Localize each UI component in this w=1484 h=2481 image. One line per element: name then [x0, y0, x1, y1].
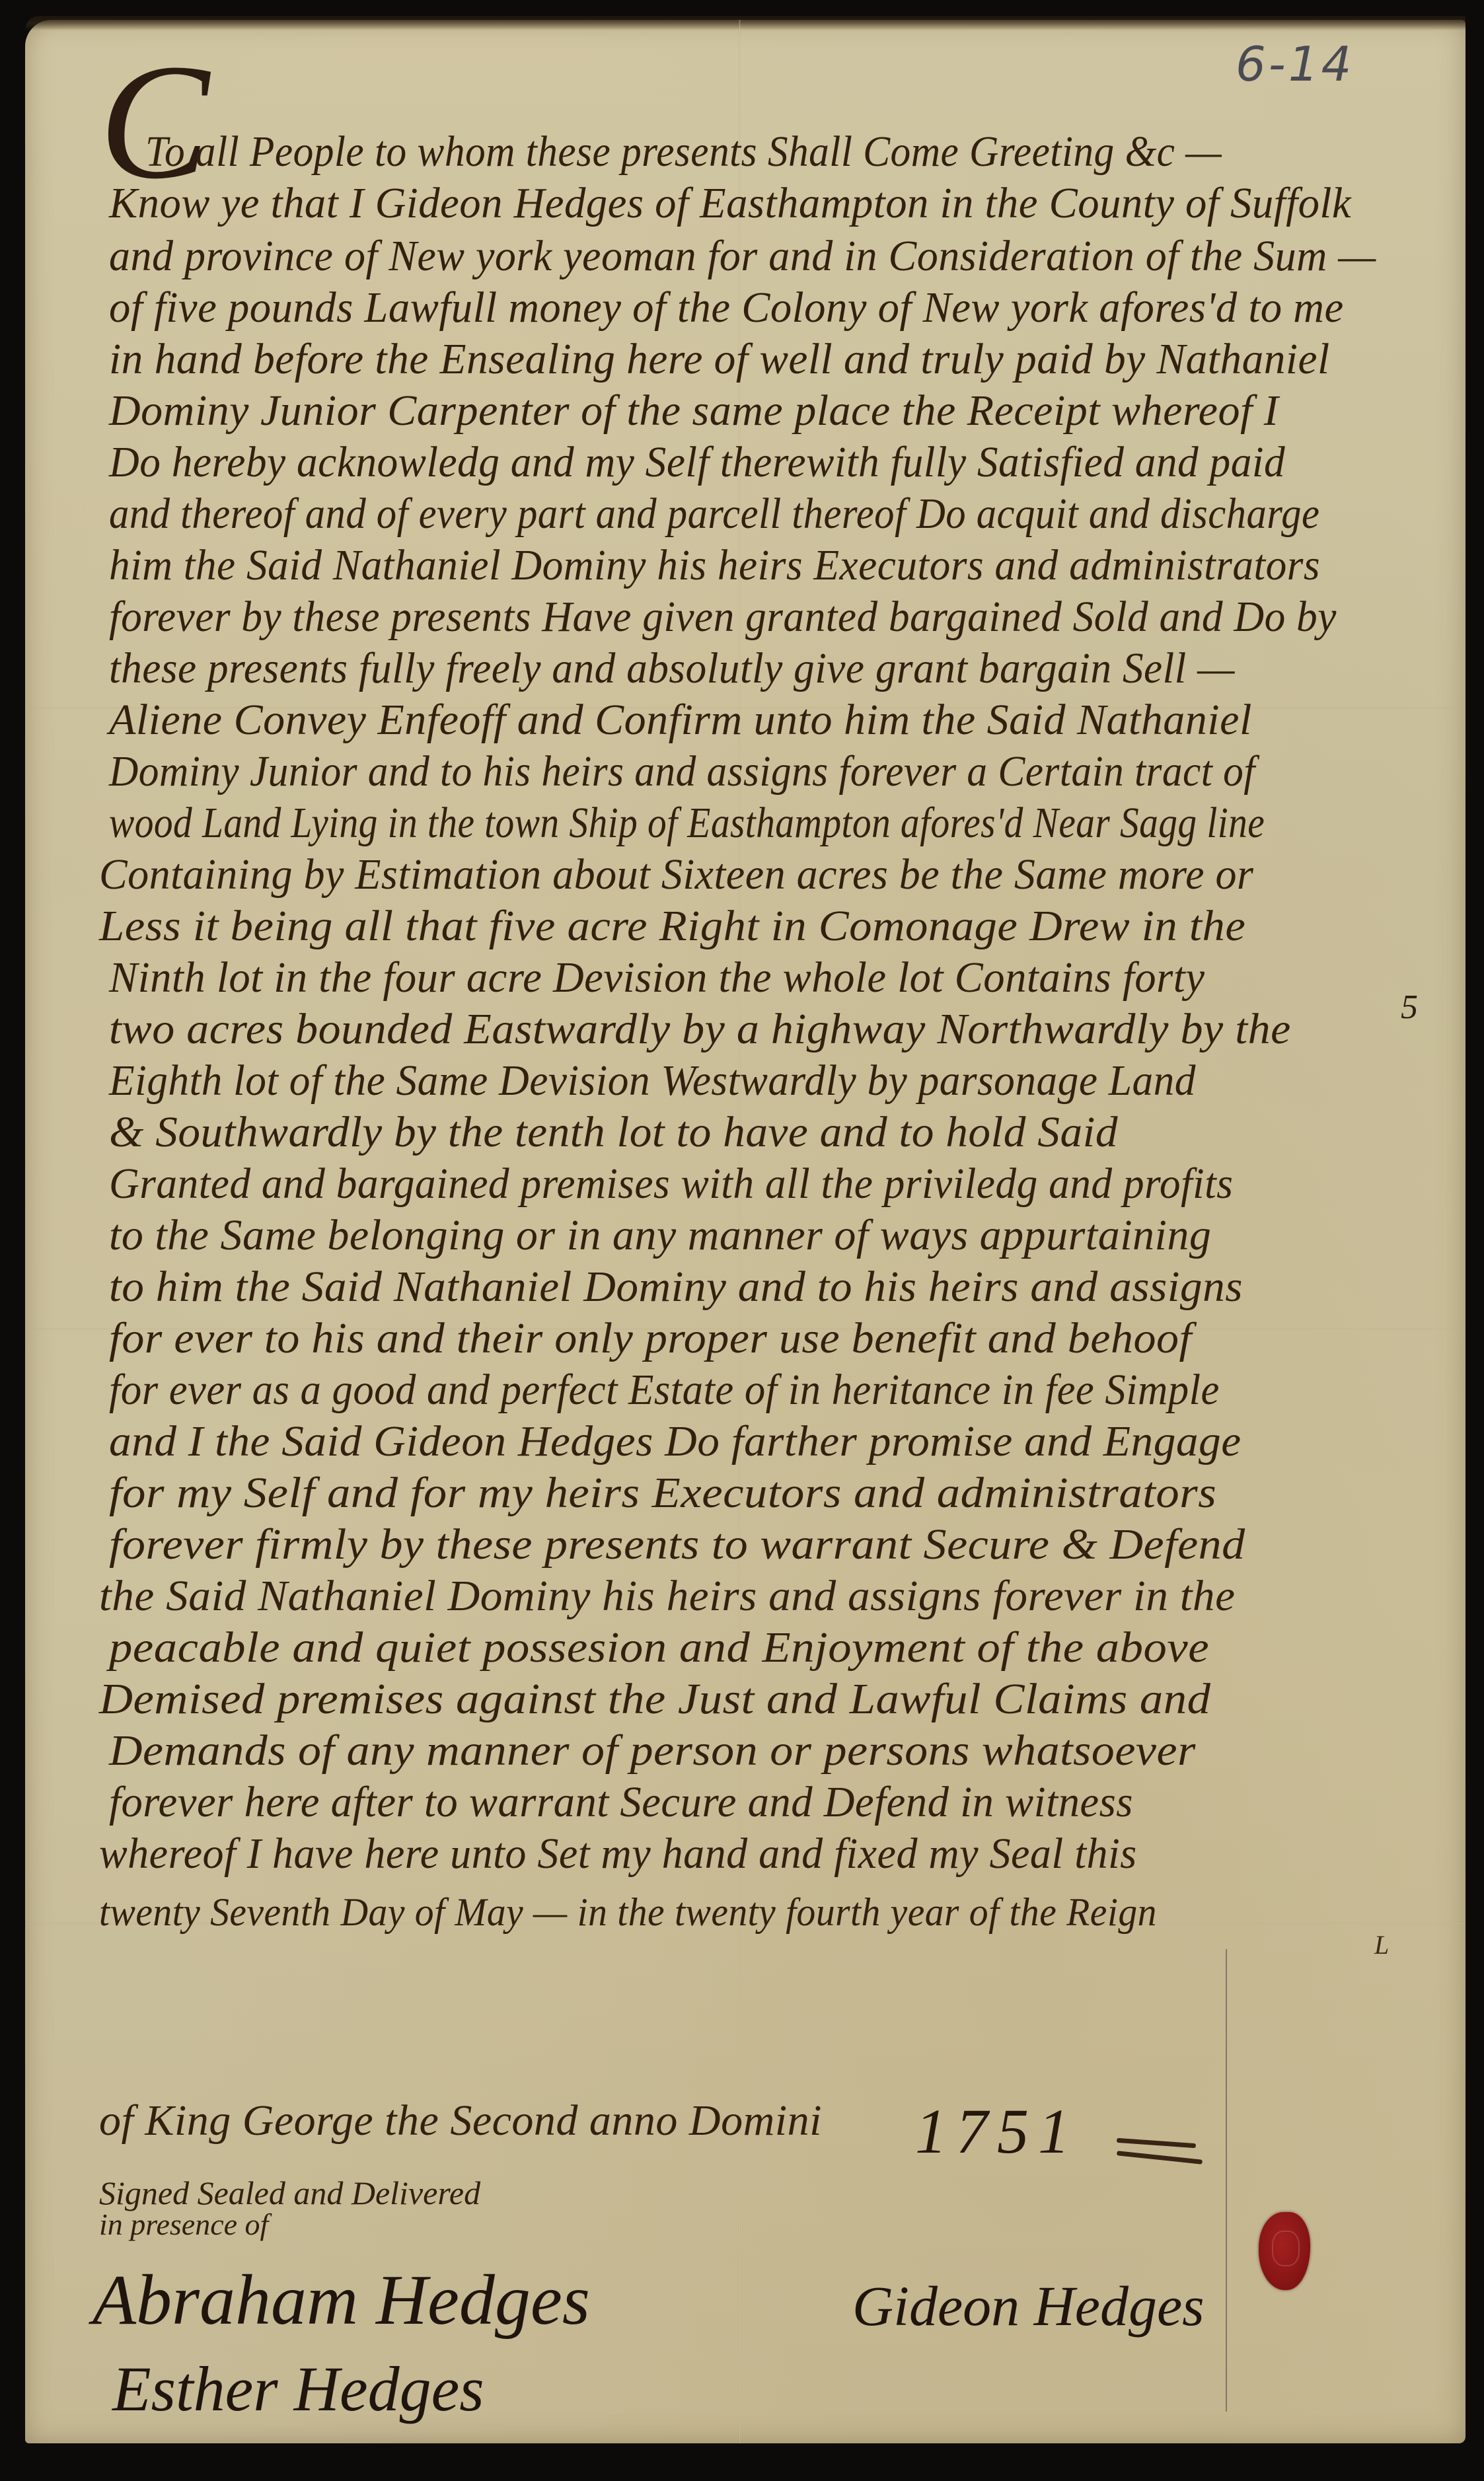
deed-line: Aliene Convey Enfeoff and Confirm unto h…	[109, 695, 1252, 745]
deed-line: Dominy Junior and to his heirs and assig…	[109, 747, 1255, 797]
deed-line: forever firmly by these presents to warr…	[109, 1520, 1245, 1570]
deed-line: to the Same belonging or in any manner o…	[109, 1210, 1211, 1261]
deed-line: whereof I have here unto Set my hand and…	[99, 1829, 1137, 1879]
red-wax-seal-icon	[1259, 2212, 1310, 2290]
attestation-in-presence-of: in presence of	[99, 2207, 268, 2242]
deed-line: twenty Seventh Day of May — in the twent…	[99, 1890, 1157, 1935]
deed-line: Know ye that I Gideon Hedges of Easthamp…	[109, 178, 1351, 229]
deed-line: two acres bounded Eastwardly by a highwa…	[109, 1004, 1291, 1055]
margin-mark-lower: L	[1374, 1929, 1389, 1960]
deed-line: the Said Nathaniel Dominy his heirs and …	[99, 1571, 1235, 1621]
deed-line: for ever as a good and perfect Estate of…	[109, 1365, 1220, 1415]
deed-line: to him the Said Nathaniel Dominy and to …	[109, 1262, 1243, 1312]
year-1751: 1751	[915, 2094, 1079, 2168]
deed-line: him the Said Nathaniel Dominy his heirs …	[109, 540, 1320, 591]
catalog-number: 6-14	[1236, 36, 1354, 92]
deed-line: for my Self and for my heirs Executors a…	[109, 1468, 1216, 1518]
deed-line: these presents fully freely and absolutl…	[109, 644, 1235, 694]
deed-line: of five pounds Lawfull money of the Colo…	[109, 283, 1344, 333]
deed-line: peacable and quiet possesion and Enjoyme…	[109, 1623, 1209, 1673]
witness-signature-abraham-hedges: Abraham Hedges	[93, 2260, 590, 2342]
grantor-signature-gideon-hedges: Gideon Hedges	[852, 2273, 1205, 2339]
deed-line: of King George the Second anno Domini	[99, 2096, 822, 2146]
deed-line: forever here after to warrant Secure and…	[109, 1777, 1133, 1828]
deed-line: Demised premises against the Just and La…	[99, 1674, 1210, 1724]
margin-mark: 5	[1401, 988, 1418, 1027]
deed-line: Containing by Estimation about Sixteen a…	[99, 850, 1253, 900]
deed-line: Ninth lot in the four acre Devision the …	[109, 953, 1205, 1003]
deed-line: and thereof and of every part and parcel…	[109, 489, 1319, 539]
witness-signature-esther-hedges: Esther Hedges	[112, 2352, 484, 2425]
deed-line: and I the Said Gideon Hedges Do farther …	[109, 1417, 1242, 1467]
deed-line: Eighth lot of the Same Devision Westward…	[109, 1056, 1196, 1106]
deed-line: forever by these presents Have given gra…	[109, 592, 1337, 642]
deed-line: Demands of any manner of person or perso…	[109, 1726, 1196, 1776]
deed-line: wood Land Lying in the town Ship of East…	[109, 798, 1265, 848]
deed-line: Do hereby acknowledg and my Self therewi…	[109, 437, 1285, 488]
pencil-margin-line	[1226, 1949, 1227, 2412]
deed-line: for ever to his and their only proper us…	[109, 1314, 1192, 1364]
deed-line: & Southwardly by the tenth lot to have a…	[109, 1107, 1118, 1158]
deed-line: To all People to whom these presents Sha…	[145, 127, 1222, 177]
deed-line: Granted and bargained premises with all …	[109, 1159, 1233, 1209]
deed-line: Less it being all that five acre Right i…	[99, 901, 1245, 951]
deed-line: Dominy Junior Carpenter of the same plac…	[109, 386, 1279, 436]
deed-line: and province of New york yeoman for and …	[109, 231, 1376, 281]
deed-line: in hand before the Ensealing here of wel…	[109, 334, 1330, 385]
